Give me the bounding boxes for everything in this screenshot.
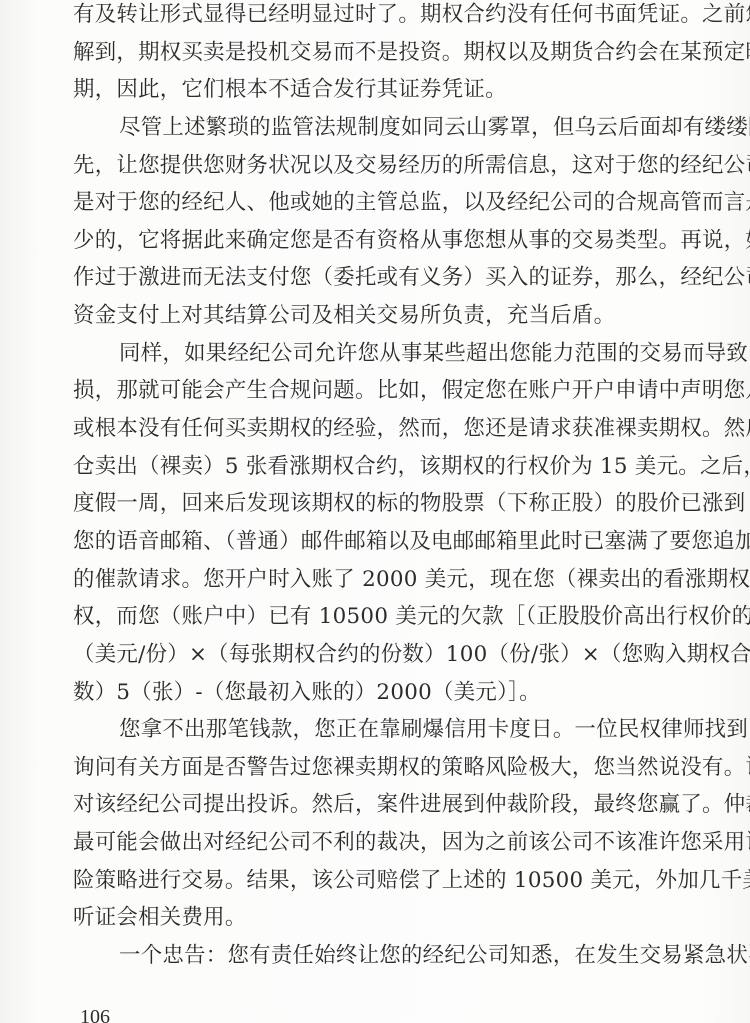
paragraph: 同样，如果经纪公司允许您从事某些超出您能力范围的交易而导致了您亏 损，那就可能会… [73,335,713,711]
text-line: 询问有关方面是否警告过您裸卖期权的策略风险极大，您当然说没有。该律师就 [73,749,713,787]
text-line: 最可能会做出对经纪公司不利的裁决，因为之前该公司不该准许您采用该等高风 [73,824,713,862]
text-line: 尽管上述繁琐的监管法规制度如同云山雾罩，但乌云后面却有缕缕阳光。首 [73,109,713,147]
page-number: 106 [80,1007,110,1023]
text-line: 或根本没有任何买卖期权的经验，然而，您还是请求获准裸卖期权。然后，您开 [73,410,713,448]
text-line: 的催款请求。您开户时入账了 2000 美元，现在您（裸卖出的看涨期权）已被行 [73,561,713,599]
text-line: 资金支付上对其结算公司及相关交易所负责，充当后盾。 [73,297,713,335]
text-line: 对该经纪公司提出投诉。然后，案件进展到仲裁阶段，最终您赢了。仲裁委员会 [73,786,713,824]
text-line: 先，让您提供您财务状况以及交易经历的所需信息，这对于您的经纪公司，尤其 [73,147,713,185]
text-line: 仓卖出（裸卖）5 张看涨期权合约，该期权的行权价为 15 美元。之后，您外出 [73,448,713,486]
text-line: 度假一周，回来后发现该期权的标的物股票（下称正股）的股价已涨到 40 美元。 [73,485,713,523]
text-line: 险策略进行交易。结果，该公司赔偿了上述的 10500 美元，外加几千美元的仲裁 [73,862,713,900]
text-line: 作过于激进而无法支付您（委托或有义务）买入的证券，那么，经纪公司将在 [73,259,713,297]
text-line: 同样，如果经纪公司允许您从事某些超出您能力范围的交易而导致了您亏 [73,335,713,373]
paragraph: 您拿不出那笔钱款，您正在靠刷爆信用卡度日。一位民权律师找到了您，并 询问有关方面… [73,711,713,937]
book-page: 有及转让形式显得已经明显过时了。期权合约没有任何书面凭证。之前您已经了 解到，期… [0,0,750,1023]
text-line: 有及转让形式显得已经明显过时了。期权合约没有任何书面凭证。之前您已经了 [73,0,713,34]
text-line: 损，那就可能会产生合规问题。比如，假定您在账户开户申请中声明您几乎没有 [73,372,713,410]
text-line: 您的语音邮箱、（普通）邮件邮箱以及电邮邮箱里此时已塞满了要您追加保证金 [73,523,713,561]
paragraph: 有及转让形式显得已经明显过时了。期权合约没有任何书面凭证。之前您已经了 解到，期… [73,0,713,109]
body-text: 有及转让形式显得已经明显过时了。期权合约没有任何书面凭证。之前您已经了 解到，期… [73,0,713,975]
text-line: 您拿不出那笔钱款，您正在靠刷爆信用卡度日。一位民权律师找到了您，并 [73,711,713,749]
paragraph: 尽管上述繁琐的监管法规制度如同云山雾罩，但乌云后面却有缕缕阳光。首 先，让您提供… [73,109,713,335]
text-line: 少的，它将据此来确定您是否有资格从事您想从事的交易类型。再说，如果您操 [73,222,713,260]
text-line: 权，而您（账户中）已有 10500 美元的欠款［（正股股价高出行权价的价差）25 [73,598,713,636]
text-line: 听证会相关费用。 [73,899,713,937]
paragraph: 一个忠告：您有责任始终让您的经纪公司知悉，在发生交易紧急状况时如何 [73,937,713,975]
text-line: 期，因此，它们根本不适合发行其证券凭证。 [73,71,713,109]
text-line: 是对于您的经纪人、他或她的主管总监，以及经纪公司的合规高管而言是必不可 [73,184,713,222]
text-line: 解到，期权买卖是投机交易而不是投资。期权以及期货合约会在某预定时间到 [73,34,713,72]
text-line: 一个忠告：您有责任始终让您的经纪公司知悉，在发生交易紧急状况时如何 [73,937,713,975]
text-line: （美元/份）×（每张期权合约的份数）100（份/张）×（您购入期权合约的张 [73,636,713,674]
text-line: 数）5（张）-（您最初入账的）2000（美元）］。 [73,674,713,712]
